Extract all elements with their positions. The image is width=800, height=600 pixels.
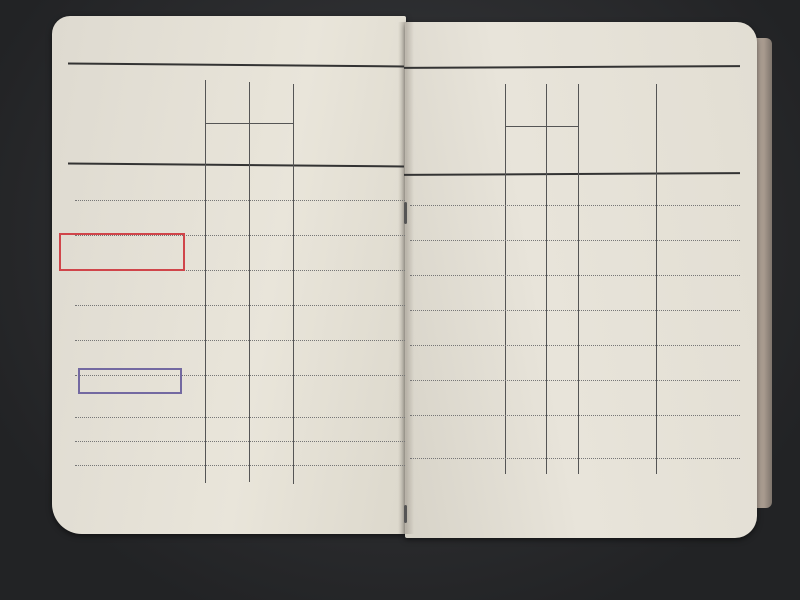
row-line bbox=[410, 458, 740, 459]
staple-top bbox=[404, 202, 407, 224]
right-page bbox=[405, 22, 757, 538]
row-line bbox=[75, 465, 405, 466]
stamp-leichtkrankenabt bbox=[59, 233, 185, 271]
subheader-rule-right bbox=[505, 126, 578, 127]
staple-bottom bbox=[404, 505, 407, 523]
row-line bbox=[75, 200, 405, 201]
stamp-fulda bbox=[78, 368, 182, 394]
row-line bbox=[75, 340, 405, 341]
subheader-rule-left bbox=[205, 123, 293, 124]
row-line bbox=[410, 275, 740, 276]
column-divider bbox=[293, 84, 294, 484]
row-line bbox=[75, 441, 405, 442]
row-line bbox=[410, 240, 740, 241]
row-line bbox=[410, 310, 740, 311]
column-divider bbox=[249, 82, 250, 482]
row-line bbox=[75, 305, 405, 306]
row-line bbox=[410, 380, 740, 381]
left-page bbox=[52, 16, 406, 534]
row-line bbox=[410, 415, 740, 416]
column-divider bbox=[205, 80, 206, 483]
row-line bbox=[410, 345, 740, 346]
row-line bbox=[75, 417, 405, 418]
row-line bbox=[410, 205, 740, 206]
